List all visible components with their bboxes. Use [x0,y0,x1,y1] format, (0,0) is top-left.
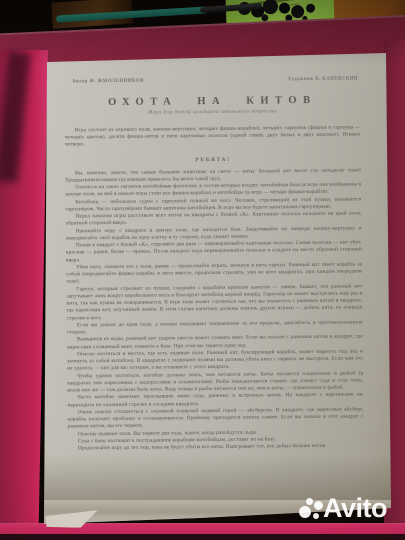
sheet-content: Автор Ф. ЖМОЛЕННИКОВ Художник Б. КАНЕВСК… [56,64,372,453]
section-heading: РЕБЯТА! [57,155,369,164]
instruction-paragraph: Попав в квадрат с буквой «К», стреляйте … [66,240,362,265]
byline-row: Автор Ф. ЖМОЛЕННИКОВ Художник Б. КАНЕВСК… [72,76,358,84]
instruction-paragraph: Опасно охотиться в местах, где есть ледя… [67,348,363,373]
instruction-paragraph: Гарпун, которым стреляют из пушки, соеди… [66,283,362,322]
avito-watermark: Avito [296,492,387,524]
table-shadow-strip [0,534,405,540]
instruction-paragraphs: Вы, конечно, знаете, что самые большие ж… [65,167,364,453]
instruction-paragraph: Очень опасно столкнуться с огромной плав… [68,406,364,431]
avito-watermark-text: Avito [323,492,387,524]
author-credit: Автор Ф. ЖМОЛЕННИКОВ [72,79,144,85]
listing-photo: Автор Ф. ЖМОЛЕННИКОВ Художник Б. КАНЕВСК… [0,0,405,540]
instruction-paragraph: Убив кита, снимите его с поля, ранив — п… [66,261,362,286]
avito-logo-icon [296,492,323,524]
components-paragraph: Игра состоит из игрового поля, кнопки-ве… [65,124,361,149]
artist-credit: Художник Б. КАНЕВСКИЙ [288,76,358,82]
game-subtitle: Игра для детей младшего школьного возрас… [56,107,368,116]
game-title: ОХОТА НА КИТОВ [56,94,368,108]
